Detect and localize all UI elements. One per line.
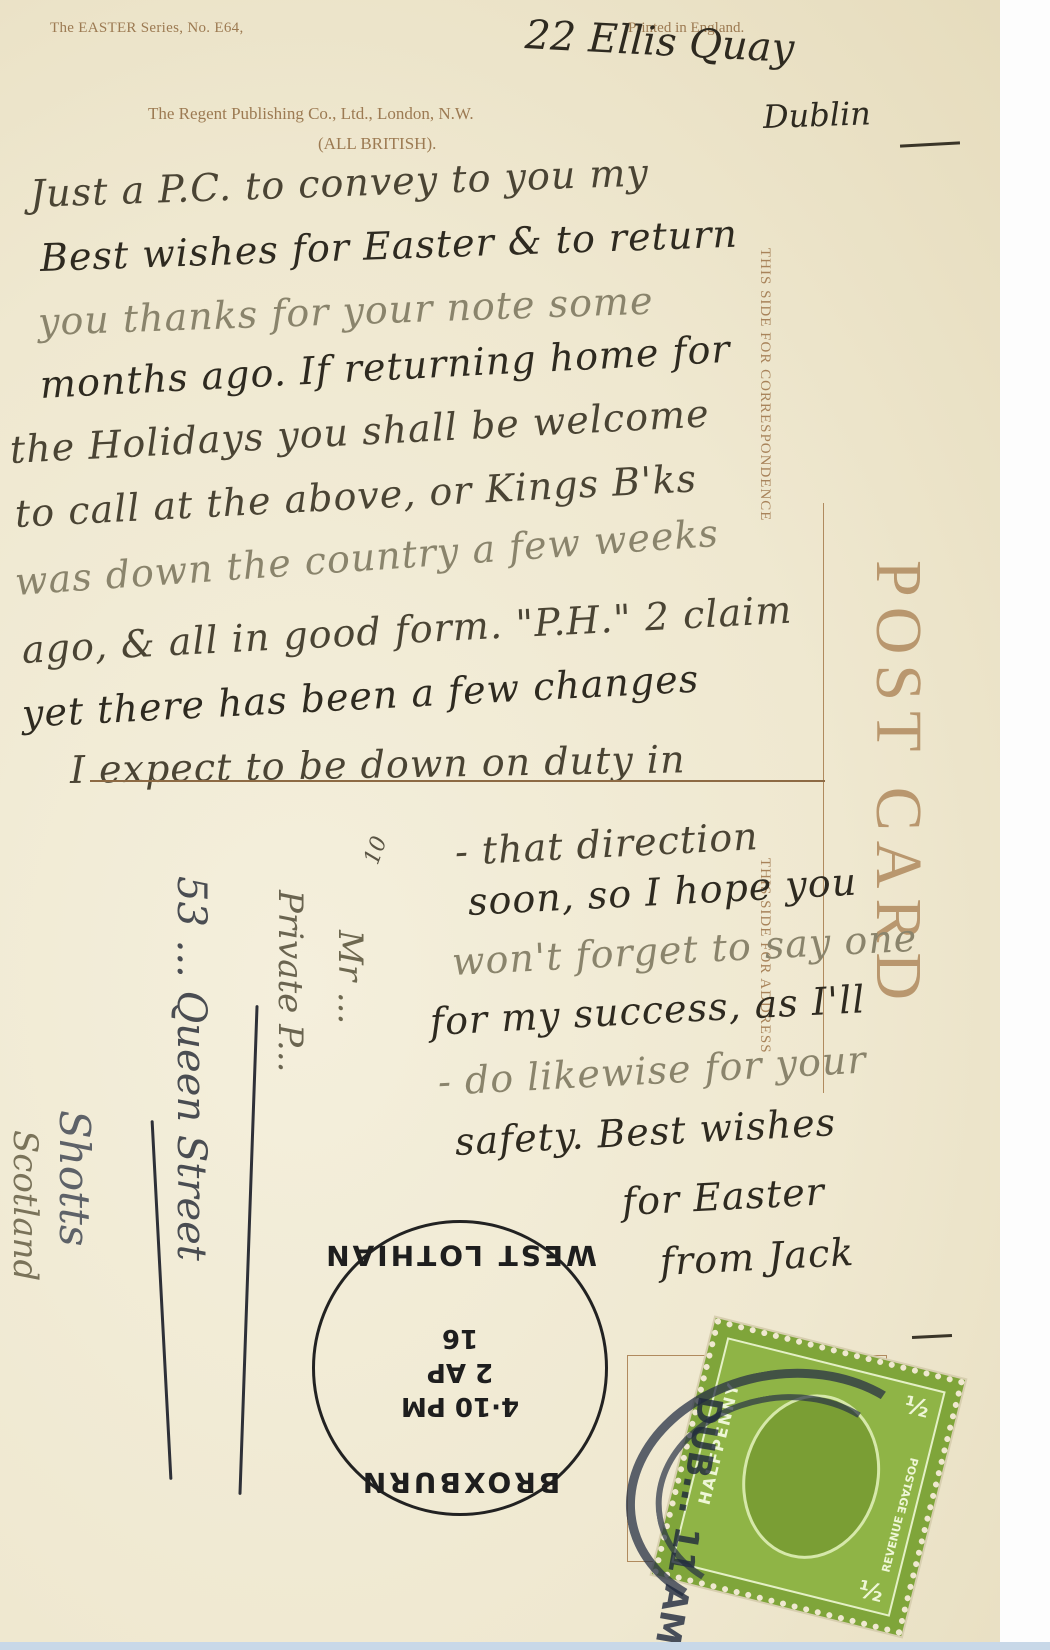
- sender-address-line2: Dublin: [762, 94, 871, 136]
- postmark-stamp: BROXBURN 4·10 PM 2 AP 16 WEST LOTHIAN: [312, 1220, 608, 1516]
- series-label: The EASTER Series, No. E64,: [50, 20, 244, 37]
- message-line-underlined: I expect to be down on duty in: [70, 737, 686, 792]
- message-line: for Easter: [621, 1169, 826, 1224]
- scan-margin: [1000, 0, 1050, 1650]
- message-line: yet there has been a few changes: [21, 657, 700, 736]
- correspondence-side-label: THIS SIDE FOR CORRESPONDENCE: [756, 248, 773, 521]
- postmark-year: 16: [315, 1323, 605, 1353]
- message-line: you thanks for your note some: [37, 279, 654, 344]
- strike-through-line: [238, 1005, 258, 1495]
- message-line: the Holidays you shall be welcome: [9, 391, 711, 472]
- postmark-time: 4·10 PM: [315, 1391, 605, 1421]
- message-line: Just a P.C. to convey to you my: [29, 150, 649, 216]
- signature-underline: [912, 1334, 952, 1339]
- postmark-county: WEST LOTHIAN: [315, 1239, 605, 1272]
- postmark-town: BROXBURN: [315, 1466, 605, 1499]
- message-line: Best wishes for Easter & to return: [39, 212, 738, 280]
- postmark-datetime: 4·10 PM 2 AP 16: [315, 1323, 605, 1421]
- message-line: - that direction: [454, 814, 760, 874]
- publisher-label: The Regent Publishing Co., Ltd., London,…: [148, 104, 474, 124]
- recipient-town: Shotts: [50, 1110, 99, 1246]
- recipient-street-line: 53 ... Queen Street: [168, 876, 214, 1261]
- message-line: for my success, as I'll: [429, 977, 867, 1044]
- recipient-redirect-line: Private P...: [270, 890, 310, 1072]
- postcard: The EASTER Series, No. E64, Printed in E…: [0, 0, 1001, 1645]
- scan-bottom-edge: [0, 1642, 1050, 1650]
- message-line: safety. Best wishes: [454, 1100, 837, 1164]
- signature: from Jack: [659, 1230, 855, 1284]
- recipient-name-line: Mr ...: [330, 930, 370, 1024]
- margin-mark: 10: [359, 833, 392, 868]
- postmark-date: 2 AP: [315, 1357, 605, 1387]
- message-line: - do likewise for your: [437, 1038, 868, 1104]
- all-british-label: (ALL BRITISH).: [318, 134, 436, 154]
- sender-address-line1: 22 Ellis Quay: [524, 12, 795, 72]
- message-underline: [90, 780, 825, 782]
- recipient-country: Scotland: [5, 1130, 45, 1281]
- message-line: won't forget to say one: [451, 916, 918, 984]
- address-underline: [900, 141, 960, 147]
